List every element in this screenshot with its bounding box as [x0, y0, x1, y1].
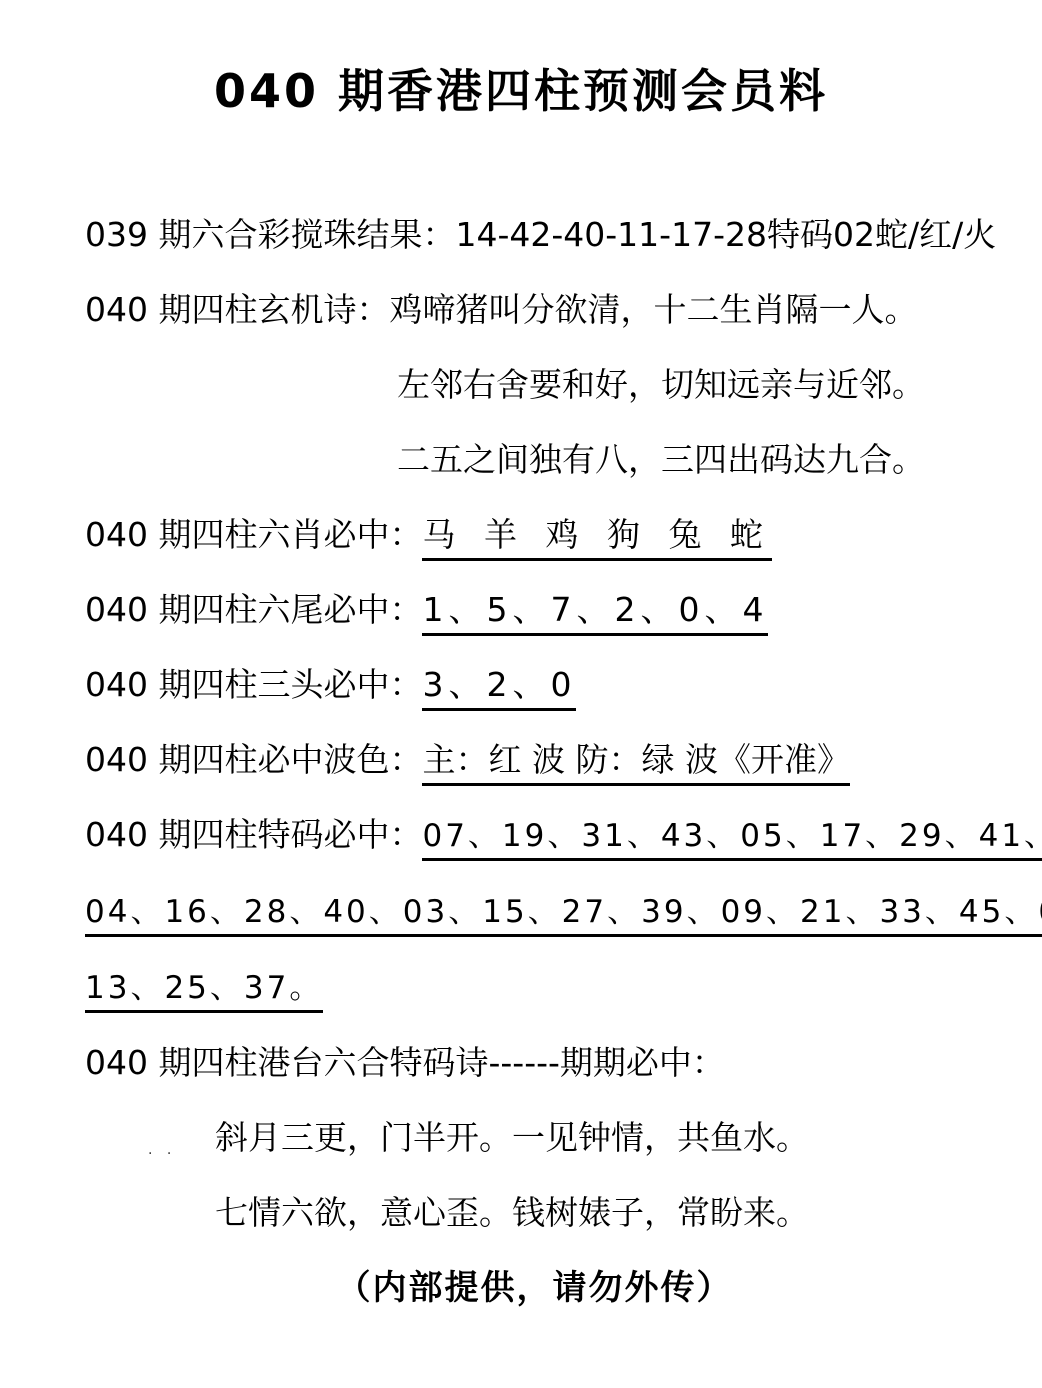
- mystery-poem-line-2: 左邻右舍要和好，切知远亲与近邻。: [85, 366, 984, 404]
- six-tails-label: 040 期四柱六尾必中：: [85, 590, 422, 629]
- six-tails-value: 1、5、7、2、0、4: [422, 590, 768, 636]
- special-numbers-value-1: 07、19、31、43、05、17、29、41、: [422, 818, 1042, 861]
- three-heads-label: 040 期四柱三头必中：: [85, 665, 422, 704]
- mystery-poem-line-1: 040 期四柱玄机诗：鸡啼猪叫分欲清，十二生肖隔一人。: [85, 291, 984, 329]
- footer-note: （内部提供，请勿外传）: [0, 1269, 1042, 1307]
- wave-color-line: 040 期四柱必中波色：主：红 波 防：绿 波《开准》: [85, 741, 984, 779]
- lottery-result-label: 039 期六合彩搅珠结果：: [85, 215, 455, 254]
- special-numbers-line-2: 04、16、28、40、03、15、27、39、09、21、33、45、01、: [85, 892, 984, 931]
- three-heads-line: 040 期四柱三头必中：3、2、0: [85, 666, 984, 704]
- scan-artifact-dots: · ·: [148, 1146, 176, 1162]
- page-title: 040 期香港四柱预测会员料: [0, 0, 1042, 122]
- mystery-poem-label: 040 期四柱玄机诗：: [85, 290, 389, 329]
- six-zodiac-value: 马 羊 鸡 狗 兔 蛇: [422, 515, 771, 561]
- mystery-poem-verse-3: 二五之间独有八，三四出码达九合。: [397, 440, 925, 479]
- special-poem-line-1: 斜月三更，门半开。一见钟情，共鱼水。: [85, 1119, 984, 1157]
- special-poem-label: 040 期四柱港台六合特码诗------期期必中：: [85, 1043, 725, 1082]
- wave-color-label: 040 期四柱必中波色：: [85, 740, 422, 779]
- special-poem-verse-2: 七情六欲，意心歪。钱树婊子，常盼来。: [215, 1193, 809, 1232]
- special-numbers-label: 040 期四柱特码必中：: [85, 815, 422, 854]
- lottery-result-value: 14-42-40-11-17-28特码02蛇/红/火: [455, 215, 996, 254]
- special-numbers-value-3: 13、25、37。: [85, 970, 323, 1013]
- mystery-poem-line-3: 二五之间独有八，三四出码达九合。: [85, 441, 984, 479]
- special-poem-verse-1: 斜月三更，门半开。一见钟情，共鱼水。: [215, 1118, 809, 1157]
- mystery-poem-verse-2: 左邻右舍要和好，切知远亲与近邻。: [397, 365, 925, 404]
- special-numbers-value-2: 04、16、28、40、03、15、27、39、09、21、33、45、01、: [85, 894, 1042, 937]
- six-tails-line: 040 期四柱六尾必中：1、5、7、2、0、4: [85, 591, 984, 629]
- special-poem-line-2: 七情六欲，意心歪。钱树婊子，常盼来。: [85, 1194, 984, 1232]
- special-numbers-line-3: 13、25、37。: [85, 968, 984, 1007]
- six-zodiac-label: 040 期四柱六肖必中：: [85, 515, 422, 554]
- document-page: 040 期香港四柱预测会员料 039 期六合彩搅珠结果：14-42-40-11-…: [0, 0, 1042, 1388]
- document-body: 039 期六合彩搅珠结果：14-42-40-11-17-28特码02蛇/红/火 …: [0, 122, 1042, 1232]
- special-poem-heading: 040 期四柱港台六合特码诗------期期必中：: [85, 1044, 984, 1082]
- special-numbers-line-1: 040 期四柱特码必中：07、19、31、43、05、17、29、41、: [85, 816, 984, 855]
- six-zodiac-line: 040 期四柱六肖必中：马 羊 鸡 狗 兔 蛇: [85, 516, 984, 554]
- three-heads-value: 3、2、0: [422, 665, 576, 711]
- wave-color-value: 主：红 波 防：绿 波《开准》: [422, 740, 849, 786]
- mystery-poem-verse-1: 鸡啼猪叫分欲清，十二生肖隔一人。: [389, 290, 917, 329]
- lottery-result-line: 039 期六合彩搅珠结果：14-42-40-11-17-28特码02蛇/红/火: [85, 216, 984, 254]
